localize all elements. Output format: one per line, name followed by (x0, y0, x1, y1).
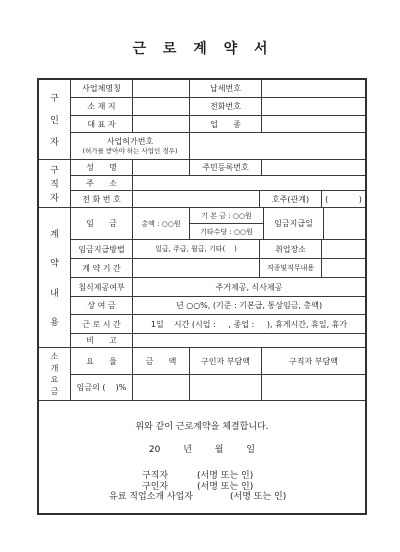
contract-period-value-cell (133, 259, 260, 277)
fee-amount-header: 금 액 (133, 348, 190, 374)
board-lodging-label: 침식제공여부 (71, 278, 133, 296)
employee-section: 구직자 성 명 주민등록번호 주 소 전 화 번 호 호주(관계) (39, 160, 365, 208)
payday-label: 임금지급일 (264, 208, 324, 239)
closing-block: 위와 같이 근로계약을 체결합니다. 20 년 월 일 구직자 (서명 또는 인… (39, 401, 365, 513)
labor-contract-document: 근 로 계 약 서 구인자 사업체명칭 납세번호 소 재 지 전화번호 (0, 0, 400, 552)
business-license-label: 사업허가번호 (허가를 받아야 하는 사업인 경우) (71, 133, 190, 159)
employee-phone-row: 전 화 번 호 호주(관계) ( ) (71, 191, 365, 207)
board-lodging-row: 침식제공여부 주거제공, 식사제공 (71, 278, 365, 297)
agency-signature-label: 유료 직업소개 사업자 (109, 492, 230, 503)
placement-fee-section: 소개요금 요 율 금 액 구인자 부담액 구직자 부담액 임금의 ( )% (39, 348, 365, 401)
document-title: 근 로 계 약 서 (0, 38, 400, 58)
tax-number-label: 납세번호 (190, 80, 262, 97)
business-license-row: 사업허가번호 (허가를 받아야 하는 사업인 경우) (71, 133, 365, 159)
representative-label: 대 표 자 (71, 116, 133, 132)
working-hours-value-cell: 1일 시간 (시업 : , 종업 : ), 휴게시간, 휴일, 휴가 (133, 315, 365, 333)
contract-period-label: 계 약 기 간 (71, 259, 133, 277)
employer-phone-label: 전화번호 (190, 98, 262, 115)
workplace-label: 취업장소 (260, 240, 322, 258)
pay-method-label: 임금지급방법 (71, 240, 133, 258)
employer-address-label: 소 재 지 (71, 98, 133, 115)
employer-phone-value-cell (262, 98, 365, 115)
employer-address-row: 소 재 지 전화번호 (71, 98, 365, 116)
contract-terms-section: 계약내용 임 금 총액 : ○○원 기 본 금 : ○○원 기타수당 : ○○원… (39, 208, 365, 348)
contract-terms-section-label: 계약내용 (39, 208, 71, 347)
working-hours-label: 근 로 시 간 (71, 315, 133, 333)
pay-method-value-cell: 일급, 주급, 월급, 기타( ) (133, 240, 260, 258)
payday-value-cell (324, 208, 365, 239)
representative-value-cell (133, 116, 190, 132)
workplace-value-cell (322, 240, 365, 258)
tax-number-value-cell (262, 80, 365, 97)
wage-total-cell: 총액 : ○○원 (133, 208, 190, 239)
agency-signature-row: 유료 직업소개 사업자 (서명 또는 인) (39, 492, 365, 503)
board-lodging-value-cell: 주거제공, 식사제공 (133, 278, 365, 296)
wage-allowance-cell: 기타수당 : ○○원 (190, 224, 263, 239)
employer-signature-label: 구인자 (142, 482, 197, 493)
contract-date-line: 20 년 월 일 (39, 442, 365, 455)
fee-amount-value-cell (133, 375, 190, 400)
business-name-value-cell (133, 80, 190, 97)
fee-value-row: 임금의 ( )% (71, 375, 365, 400)
employee-phone-value-cell (133, 191, 260, 207)
remarks-row: 비 고 (71, 334, 365, 347)
fee-employer-share-header: 구인자 부담액 (190, 348, 262, 374)
remarks-label: 비 고 (71, 334, 133, 347)
closing-section: 위와 같이 근로계약을 체결합니다. 20 년 월 일 구직자 (서명 또는 인… (39, 401, 365, 513)
fee-rate-value-cell: 임금의 ( )% (71, 375, 133, 400)
fee-rate-header: 요 율 (71, 348, 133, 374)
employee-name-label: 성 명 (71, 160, 133, 175)
contract-period-row: 계 약 기 간 직종및직무내용 (71, 259, 365, 278)
employee-address-row: 주 소 (71, 176, 365, 191)
business-type-value-cell (262, 116, 365, 132)
wage-row: 임 금 총액 : ○○원 기 본 금 : ○○원 기타수당 : ○○원 임금지급… (71, 208, 365, 240)
bonus-row: 상 여 금 년 ○○%, (기준 : 기본급, 통상임금, 총액) (71, 297, 365, 315)
employee-name-value-cell (133, 160, 190, 175)
agency-seal-note: (서명 또는 인) (230, 492, 286, 503)
job-content-value-cell (322, 259, 365, 277)
employer-section-label: 구인자 (39, 80, 71, 159)
business-license-label-line1: 사업허가번호 (107, 137, 153, 147)
business-license-label-line2: (허가를 받아야 하는 사업인 경우) (83, 147, 178, 155)
employee-phone-label: 전 화 번 호 (71, 191, 133, 207)
business-type-label: 업 종 (190, 116, 262, 132)
employee-seal-note: (서명 또는 인) (197, 471, 253, 482)
signature-block: 구직자 (서명 또는 인) 구인자 (서명 또는 인) 유료 직업소개 사업자 … (39, 471, 365, 503)
bonus-label: 상 여 금 (71, 297, 133, 314)
working-hours-row: 근 로 시 간 1일 시간 (시업 : , 종업 : ), 휴게시간, 휴일, … (71, 315, 365, 334)
business-license-value-cell (190, 133, 365, 159)
bonus-value-cell: 년 ○○%, (기준 : 기본급, 통상임금, 총액) (133, 297, 365, 314)
pay-method-row: 임금지급방법 일급, 주급, 월급, 기타( ) 취업장소 (71, 240, 365, 259)
employee-name-row: 성 명 주민등록번호 (71, 160, 365, 176)
contract-form-table: 구인자 사업체명칭 납세번호 소 재 지 전화번호 대 표 자 업 (37, 78, 367, 515)
resident-number-label: 주민등록번호 (190, 160, 262, 175)
employee-address-value-cell (133, 176, 365, 190)
fee-employer-share-value-cell (190, 375, 262, 400)
business-name-row: 사업체명칭 납세번호 (71, 80, 365, 98)
wage-base-cell: 기 본 금 : ○○원 (190, 208, 263, 224)
closing-statement: 위와 같이 근로계약을 체결합니다. (39, 419, 365, 432)
fee-employee-share-value-cell (262, 375, 365, 400)
fee-header-row: 요 율 금 액 구인자 부담액 구직자 부담액 (71, 348, 365, 375)
fee-employee-share-header: 구직자 부담액 (262, 348, 365, 374)
job-content-label: 직종및직무내용 (260, 259, 322, 277)
employer-signature-row: 구인자 (서명 또는 인) (39, 482, 365, 493)
wage-breakdown-cell: 기 본 금 : ○○원 기타수당 : ○○원 (190, 208, 264, 239)
employer-section: 구인자 사업체명칭 납세번호 소 재 지 전화번호 대 표 자 업 (39, 80, 365, 160)
wage-label: 임 금 (71, 208, 133, 239)
employer-address-value-cell (133, 98, 190, 115)
employee-section-label: 구직자 (39, 160, 71, 207)
employee-signature-label: 구직자 (142, 471, 197, 482)
remarks-value-cell (133, 334, 365, 347)
placement-fee-section-label: 소개요금 (39, 348, 71, 400)
business-name-label: 사업체명칭 (71, 80, 133, 97)
representative-row: 대 표 자 업 종 (71, 116, 365, 133)
employee-address-label: 주 소 (71, 176, 133, 190)
employee-signature-row: 구직자 (서명 또는 인) (39, 471, 365, 482)
householder-value-cell: ( ) (322, 191, 365, 207)
householder-label: 호주(관계) (260, 191, 322, 207)
resident-number-value-cell (262, 160, 365, 175)
employer-seal-note: (서명 또는 인) (197, 482, 253, 493)
